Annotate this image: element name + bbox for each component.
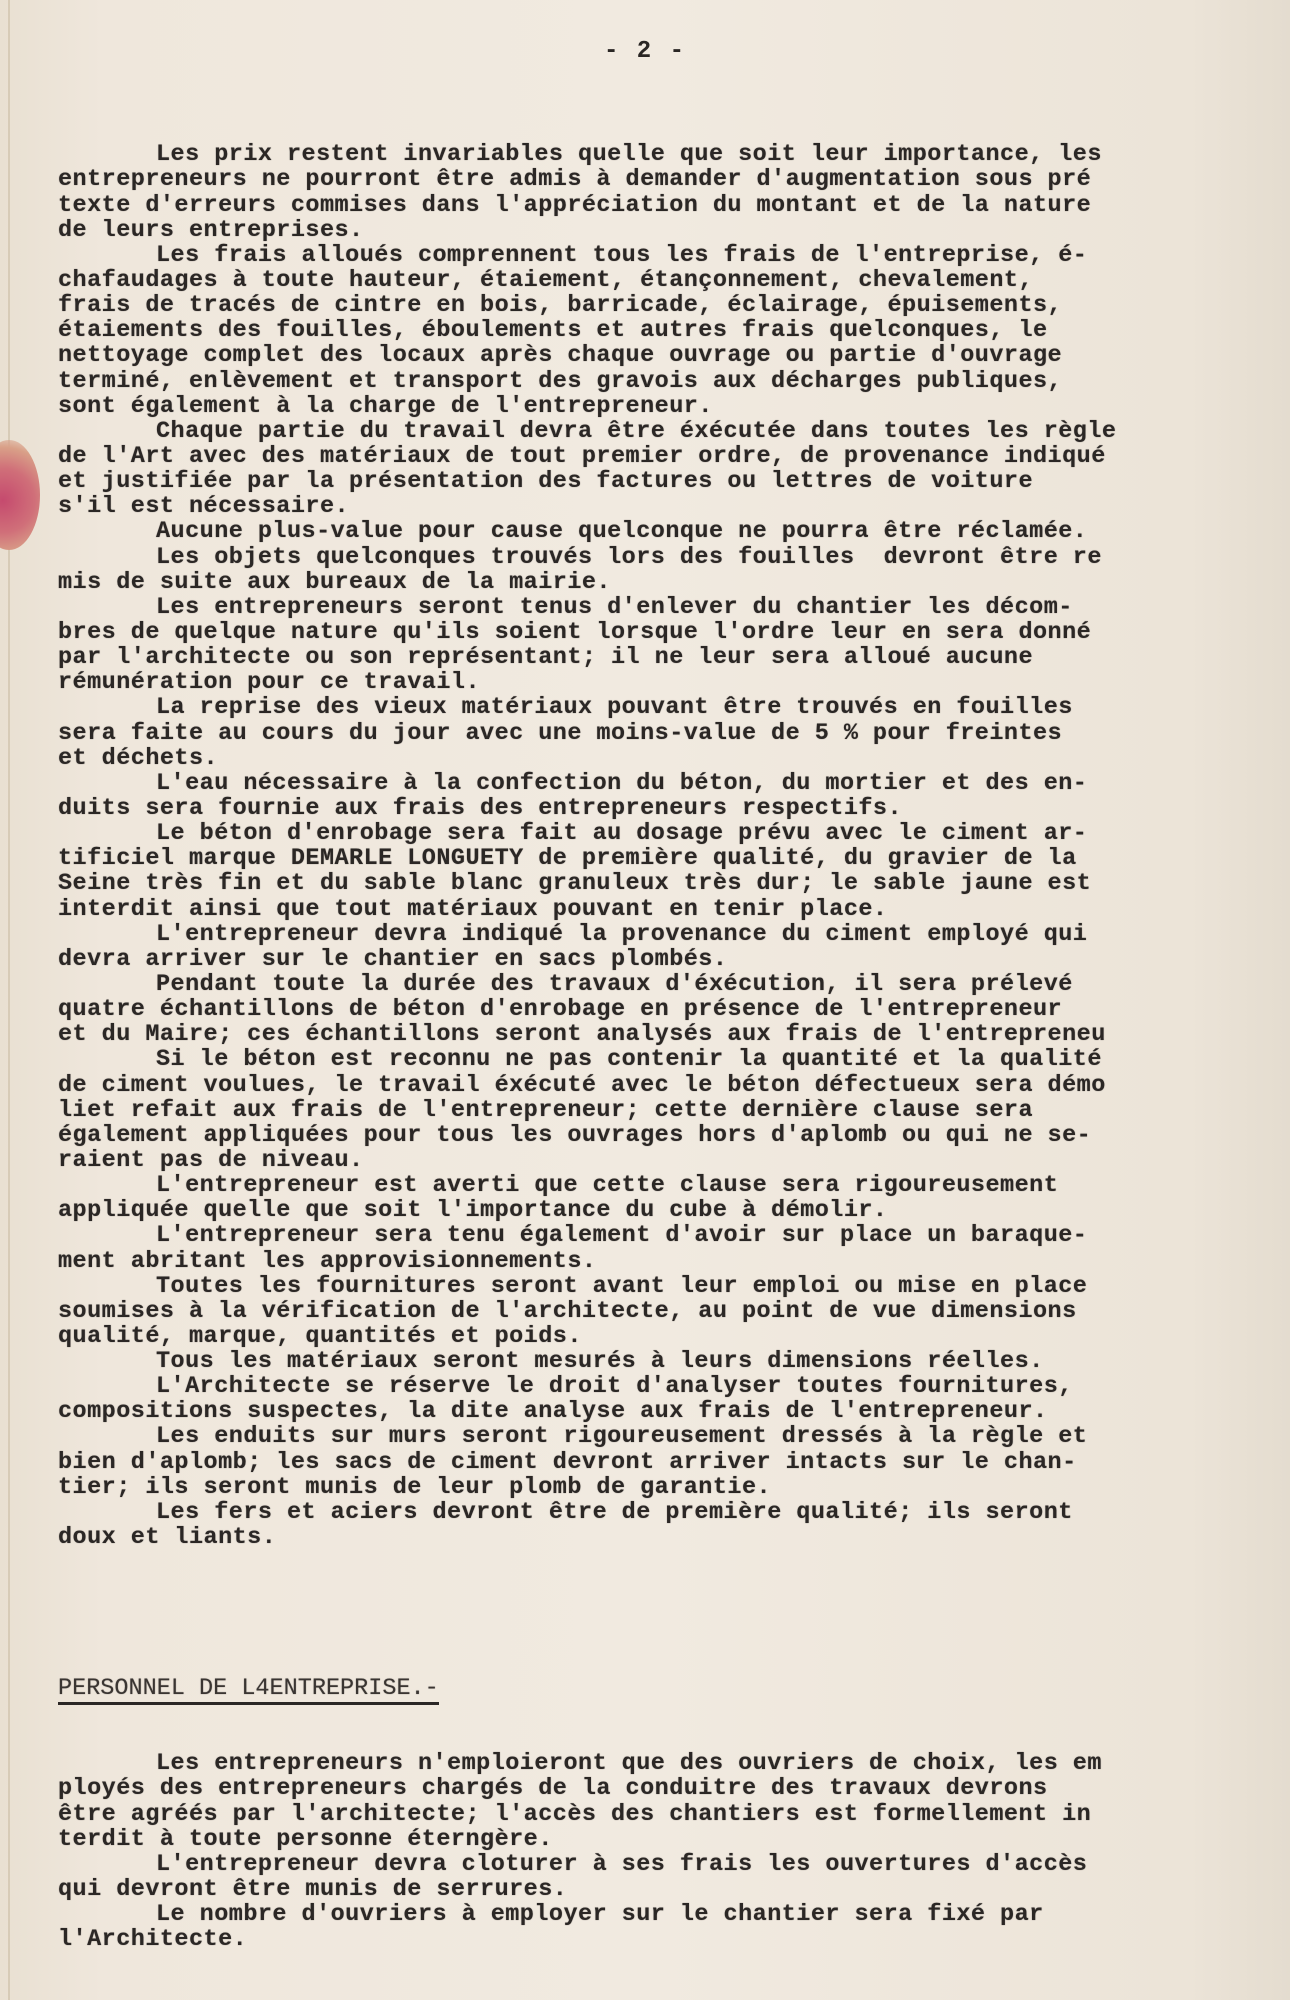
text-line: ployés des entrepreneurs chargés de la c… xyxy=(58,1776,1288,1801)
text-line: doux et liants. xyxy=(58,1525,1288,1550)
text-line: de l'Art avec des matériaux de tout prem… xyxy=(58,444,1288,469)
text-line: L'entrepreneur sera tenu également d'avo… xyxy=(58,1223,1288,1248)
page-number: - 2 - xyxy=(0,38,1290,65)
text-line: Toutes les fournitures seront avant leur… xyxy=(58,1274,1288,1299)
text-line: L'entrepreneur devra cloturer à ses frai… xyxy=(58,1852,1288,1877)
text-line: compositions suspectes, la dite analyse … xyxy=(58,1399,1288,1424)
text-line: L'eau nécessaire à la confection du béto… xyxy=(58,771,1288,796)
section-heading-line: PERSONNEL DE L4ENTREPRISE.- xyxy=(58,1676,1288,1701)
text-line: devra arriver sur le chantier en sacs pl… xyxy=(58,947,1288,972)
text-line: Les fers et aciers devront être de premi… xyxy=(58,1500,1288,1525)
text-line: et du Maire; ces échantillons seront ana… xyxy=(58,1022,1288,1047)
text-line: Chaque partie du travail devra être éxéc… xyxy=(58,419,1288,444)
text-line: qualité, marque, quantités et poids. xyxy=(58,1324,1288,1349)
paper-edge xyxy=(8,0,10,2000)
text-line: Les frais alloués comprennent tous les f… xyxy=(58,243,1288,268)
text-line: interdit ainsi que tout matériaux pouvan… xyxy=(58,897,1288,922)
text-line: L'entrepreneur est averti que cette clau… xyxy=(58,1173,1288,1198)
text-line: Les objets quelconques trouvés lors des … xyxy=(58,545,1288,570)
text-line: entrepreneurs ne pourront être admis à d… xyxy=(58,167,1288,192)
text-line: texte d'erreurs commises dans l'apprécia… xyxy=(58,193,1288,218)
text-line: duits sera fournie aux frais des entrepr… xyxy=(58,796,1288,821)
text-line: La reprise des vieux matériaux pouvant ê… xyxy=(58,695,1288,720)
text-line: Si le béton est reconnu ne pas contenir … xyxy=(58,1047,1288,1072)
text-line: Pendant toute la durée des travaux d'éxé… xyxy=(58,972,1288,997)
text-line: frais de tracés de cintre en bois, barri… xyxy=(58,293,1288,318)
text-line: chafaudages à toute hauteur, étaiement, … xyxy=(58,268,1288,293)
text-line: Les enduits sur murs seront rigoureuseme… xyxy=(58,1424,1288,1449)
text-line: qui devront être munis de serrures. xyxy=(58,1877,1288,1902)
personnel-section: Les entrepreneurs n'emploieront que des … xyxy=(58,1751,1288,1952)
text-line: Aucune plus-value pour cause quelconque … xyxy=(58,519,1288,544)
text-line: quatre échantillons de béton d'enrobage … xyxy=(58,997,1288,1022)
text-line: bres de quelque nature qu'ils soient lor… xyxy=(58,620,1288,645)
text-line: Seine très fin et du sable blanc granule… xyxy=(58,871,1288,896)
text-line: raient pas de niveau. xyxy=(58,1148,1288,1173)
text-line: terdit à toute personne éterngère. xyxy=(58,1827,1288,1852)
text-line: de leurs entreprises. xyxy=(58,218,1288,243)
text-line: ment abritant les approvisionnements. xyxy=(58,1249,1288,1274)
text-line: Le béton d'enrobage sera fait au dosage … xyxy=(58,821,1288,846)
text-line: appliquée quelle que soit l'importance d… xyxy=(58,1198,1288,1223)
text-line: s'il est nécessaire. xyxy=(58,494,1288,519)
text-line: l'Architecte. xyxy=(58,1927,1288,1952)
text-line: L'entrepreneur devra indiqué la provenan… xyxy=(58,922,1288,947)
text-line: de ciment voulues, le travail éxécuté av… xyxy=(58,1073,1288,1098)
text-line: L'Architecte se réserve le droit d'analy… xyxy=(58,1374,1288,1399)
text-line: étaiements des fouilles, éboulements et … xyxy=(58,318,1288,343)
text-line: Tous les matériaux seront mesurés à leur… xyxy=(58,1349,1288,1374)
text-line: Les entrepreneurs n'emploieront que des … xyxy=(58,1751,1288,1776)
text-line: bien d'aplomb; les sacs de ciment devron… xyxy=(58,1450,1288,1475)
text-line: soumises à la vérification de l'architec… xyxy=(58,1299,1288,1324)
text-line: Le nombre d'ouvriers à employer sur le c… xyxy=(58,1902,1288,1927)
text-line: par l'architecte ou son représentant; il… xyxy=(58,645,1288,670)
text-line: également appliquées pour tous les ouvra… xyxy=(58,1123,1288,1148)
text-line: terminé, enlèvement et transport des gra… xyxy=(58,369,1288,394)
text-line: nettoyage complet des locaux après chaqu… xyxy=(58,343,1288,368)
text-line: et déchets. xyxy=(58,746,1288,771)
text-line: sont également à la charge de l'entrepre… xyxy=(58,394,1288,419)
text-line: rémunération pour ce travail. xyxy=(58,670,1288,695)
text-line: tier; ils seront munis de leur plomb de … xyxy=(58,1475,1288,1500)
text-line: Les prix restent invariables quelle que … xyxy=(58,142,1288,167)
spacer xyxy=(58,1601,1288,1626)
text-line: et justifiée par la présentation des fac… xyxy=(58,469,1288,494)
text-line: sera faite au cours du jour avec une moi… xyxy=(58,721,1288,746)
text-line: liet refait aux frais de l'entrepreneur;… xyxy=(58,1098,1288,1123)
text-line: tificiel marque DEMARLE LONGUETY de prem… xyxy=(58,846,1288,871)
text-line: Les entrepreneurs seront tenus d'enlever… xyxy=(58,595,1288,620)
general-conditions-section: Les prix restent invariables quelle que … xyxy=(58,142,1288,1550)
text-line: mis de suite aux bureaux de la mairie. xyxy=(58,570,1288,595)
document-body: Les prix restent invariables quelle que … xyxy=(58,92,1288,1978)
text-line: être agréés par l'architecte; l'accès de… xyxy=(58,1802,1288,1827)
section-heading: PERSONNEL DE L4ENTREPRISE.- xyxy=(58,1676,439,1705)
